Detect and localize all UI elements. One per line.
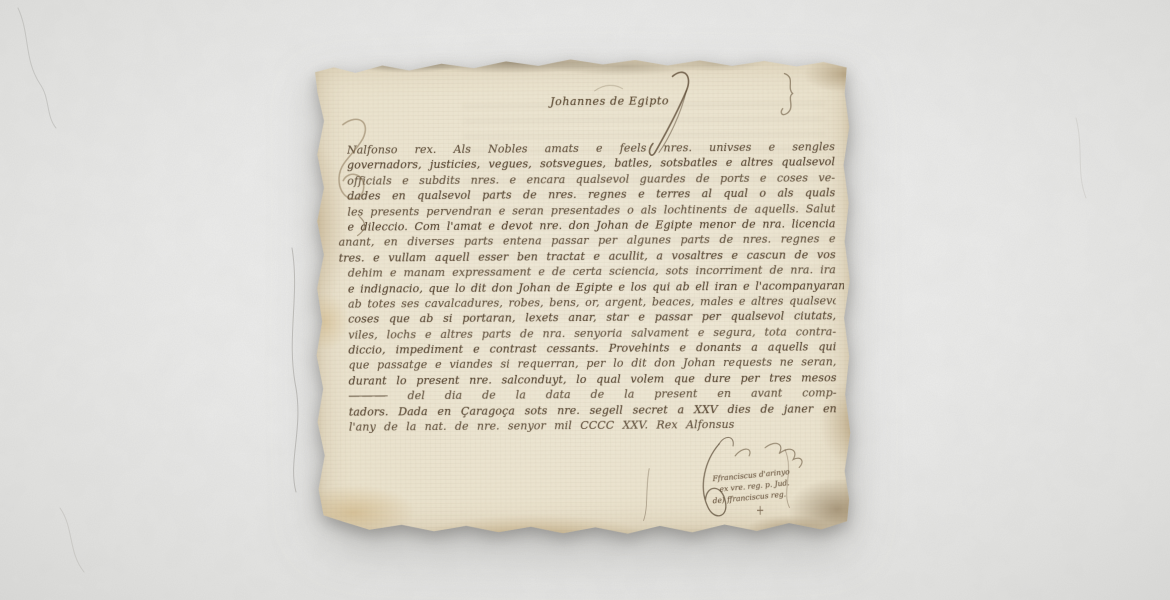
cancelled-word: ——— [349,390,388,403]
signature-block: Ffranciscus d'arinyo ex vre. reg. p. Jud… [712,462,833,506]
manuscript-heading: Johannes de Egipto [525,94,695,108]
signature-cross-mark: + [756,502,764,519]
wall-background: Johannes de Egipto Nalfonso rex. Als Nob… [0,0,1170,600]
heading-arc [595,85,623,91]
manuscript-line-text: del dia de la data de la present en avan… [408,386,837,402]
manuscript-line: l'any de la nat. de nre. senyor mil CCCC… [349,417,735,435]
manuscript-body: Nalfonso rex. Als Nobles amats e feels n… [347,139,837,435]
signature-squiggle [735,443,802,468]
parchment-sheet: Johannes de Egipto Nalfonso rex. Als Nob… [312,55,853,537]
top-right-flourish [781,74,793,115]
pen-stroke [643,469,649,521]
bottom-right-flourish-tail [719,437,733,446]
manuscript-photo: Johannes de Egipto Nalfonso rex. Als Nob… [312,55,853,537]
